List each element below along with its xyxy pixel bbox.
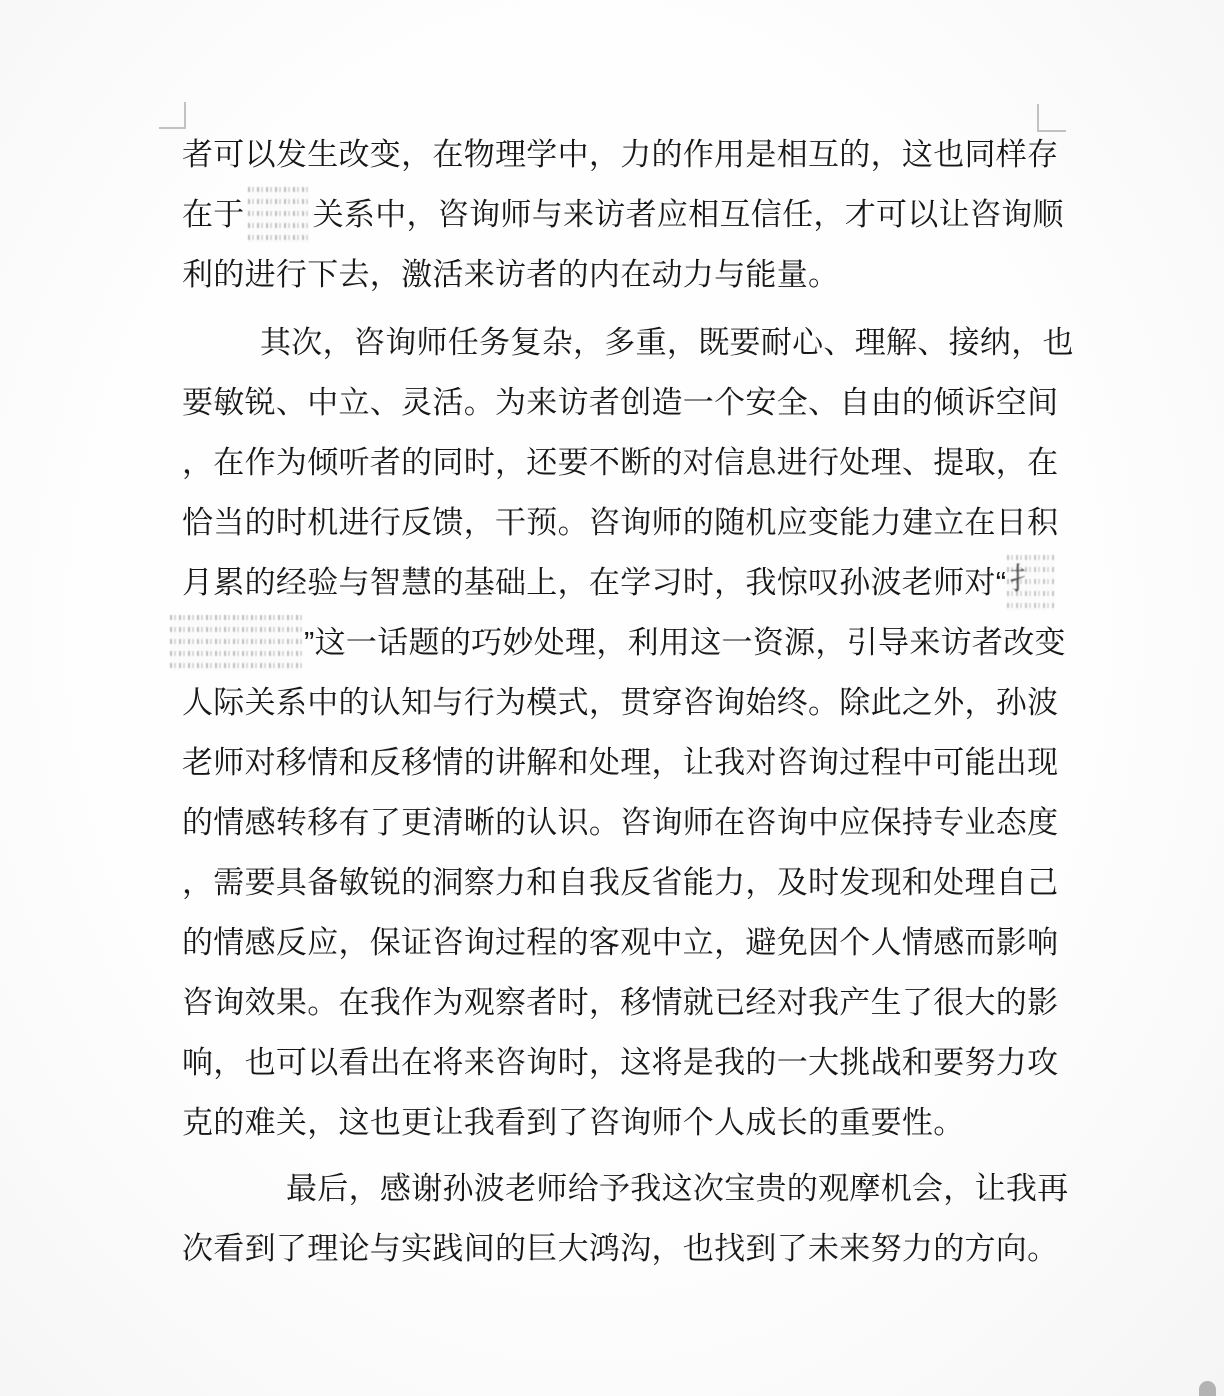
text-segment: 的情感转移有了更清晰的认识。咨询师在咨询中应保持专业态度 bbox=[182, 805, 1058, 840]
document-text: 者可以发生改变，在物理学中，力的作用是相互的，这也同样存 在于关系中，咨询师与来… bbox=[182, 125, 1066, 1279]
scrollbar-thumb[interactable] bbox=[1199, 1381, 1216, 1396]
text-line: 咨询效果。在我作为观察者时，移情就已经对我产生了很大的影 bbox=[182, 973, 1066, 1033]
text-line: ，在作为倾听者的同时，还要不断的对信息进行处理、提取，在 bbox=[182, 433, 1066, 493]
text-line: 其次，咨询师任务复杂，多重，既要耐心、理解、接纳，也 bbox=[182, 313, 1066, 373]
text-segment: 要敏锐、中立、灵活。为来访者创造一个安全、自由的倾诉空间 bbox=[182, 385, 1058, 420]
text-line: 要敏锐、中立、灵活。为来访者创造一个安全、自由的倾诉空间 bbox=[182, 373, 1066, 433]
text-segment: 关系中，咨询师与来访者应相互信任，才可以让咨询顺 bbox=[313, 197, 1064, 232]
text-segment: 的情感反应，保证咨询过程的客观中立，避免因个人情感而影响 bbox=[182, 925, 1058, 960]
text-line: 月累的经验与智慧的基础上，在学习时，我惊叹孙波老师对“扌 bbox=[182, 553, 1066, 613]
mosaic-redaction bbox=[248, 187, 310, 243]
text-line: ，需要具备敏锐的洞察力和自我反省能力，及时发现和处理自己 bbox=[182, 853, 1066, 913]
text-segment: 克的难关，这也更让我看到了咨询师个人成长的重要性。 bbox=[182, 1105, 965, 1140]
text-segment: 人际关系中的认知与行为模式，贯穿咨询始终。除此之外，孙波 bbox=[182, 685, 1058, 720]
paragraph-3: 最后，感谢孙波老师给予我这次宝贵的观摩机会，让我再 次看到了理论与实践间的巨大鸿… bbox=[182, 1159, 1066, 1279]
text-segment: 利的进行下去，激活来访者的内在动力与能量。 bbox=[182, 257, 839, 292]
text-segment: ，在作为倾听者的同时，还要不断的对信息进行处理、提取，在 bbox=[182, 445, 1058, 480]
text-segment: 咨询效果。在我作为观察者时，移情就已经对我产生了很大的影 bbox=[182, 985, 1058, 1020]
text-line: 的情感反应，保证咨询过程的客观中立，避免因个人情感而影响 bbox=[182, 913, 1066, 973]
text-segment: 其次，咨询师任务复杂，多重，既要耐心、理解、接纳，也 bbox=[260, 325, 1074, 360]
text-line: 最后，感谢孙波老师给予我这次宝贵的观摩机会，让我再 bbox=[182, 1159, 1066, 1219]
paragraph-2: 其次，咨询师任务复杂，多重，既要耐心、理解、接纳，也 要敏锐、中立、灵活。为来访… bbox=[182, 313, 1066, 1153]
text-line: ”这一话题的巧妙处理，利用这一资源，引导来访者改变 bbox=[182, 613, 1066, 673]
text-segment: 在于 bbox=[182, 197, 245, 232]
text-line: 的情感转移有了更清晰的认识。咨询师在咨询中应保持专业态度 bbox=[182, 793, 1066, 853]
text-line: 人际关系中的认知与行为模式，贯穿咨询始终。除此之外，孙波 bbox=[182, 673, 1066, 733]
text-segment: ”这一话题的巧妙处理，利用这一资源，引导来访者改变 bbox=[304, 625, 1066, 660]
mosaic-redaction bbox=[170, 615, 302, 671]
text-line: 在于关系中，咨询师与来访者应相互信任，才可以让咨询顺 bbox=[182, 185, 1066, 245]
text-line: 恰当的时机进行反馈，干预。咨询师的随机应变能力建立在日积 bbox=[182, 493, 1066, 553]
text-segment: 次看到了理论与实践间的巨大鸿沟，也找到了未来努力的方向。 bbox=[182, 1231, 1058, 1266]
text-line: 响，也可以看出在将来咨询时，这将是我的一大挑战和要努力攻 bbox=[182, 1033, 1066, 1093]
mosaic-redaction-partial-char: 扌 bbox=[1007, 555, 1055, 611]
text-segment: 恰当的时机进行反馈，干预。咨询师的随机应变能力建立在日积 bbox=[182, 505, 1058, 540]
text-line: 老师对移情和反移情的讲解和处理，让我对咨询过程中可能出现 bbox=[182, 733, 1066, 793]
text-segment: 老师对移情和反移情的讲解和处理，让我对咨询过程中可能出现 bbox=[182, 745, 1058, 780]
text-segment: 月累的经验与智慧的基础上，在学习时，我惊叹孙波老师对“ bbox=[182, 565, 1006, 600]
text-line: 者可以发生改变，在物理学中，力的作用是相互的，这也同样存 bbox=[182, 125, 1066, 185]
text-segment: 最后，感谢孙波老师给予我这次宝贵的观摩机会，让我再 bbox=[286, 1171, 1069, 1206]
text-segment: ，需要具备敏锐的洞察力和自我反省能力，及时发现和处理自己 bbox=[182, 865, 1058, 900]
text-segment: 者可以发生改变，在物理学中，力的作用是相互的，这也同样存 bbox=[182, 137, 1058, 172]
paragraph-1: 者可以发生改变，在物理学中，力的作用是相互的，这也同样存 在于关系中，咨询师与来… bbox=[182, 125, 1066, 305]
text-line: 利的进行下去，激活来访者的内在动力与能量。 bbox=[182, 245, 1066, 305]
document-photo: 者可以发生改变，在物理学中，力的作用是相互的，这也同样存 在于关系中，咨询师与来… bbox=[0, 0, 1224, 1396]
text-line: 次看到了理论与实践间的巨大鸿沟，也找到了未来努力的方向。 bbox=[182, 1219, 1066, 1279]
text-line: 克的难关，这也更让我看到了咨询师个人成长的重要性。 bbox=[182, 1093, 1066, 1153]
partially-visible-character: 扌 bbox=[1009, 565, 1039, 595]
text-segment: 响，也可以看出在将来咨询时，这将是我的一大挑战和要努力攻 bbox=[182, 1045, 1058, 1080]
